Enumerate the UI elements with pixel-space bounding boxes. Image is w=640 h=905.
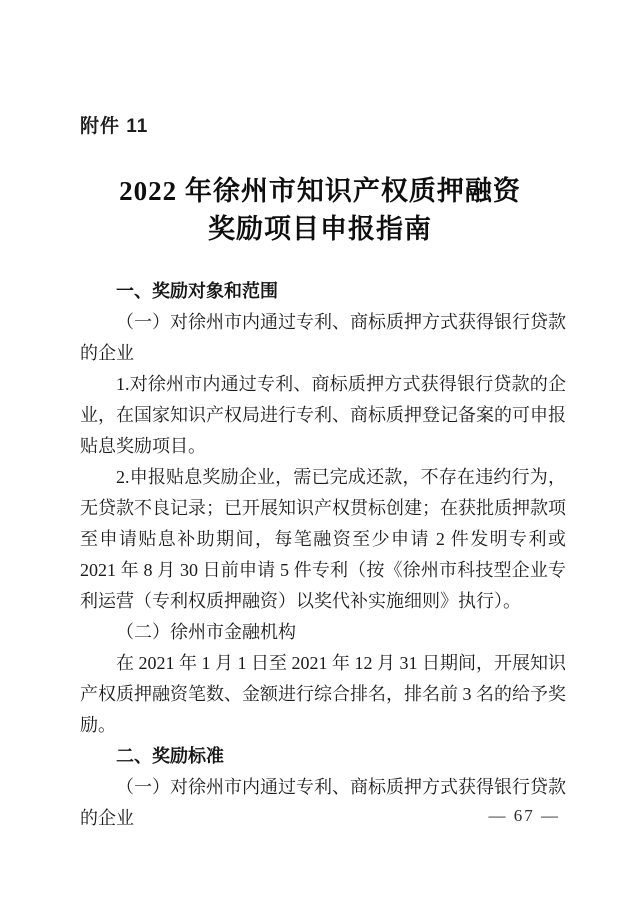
subsection-heading-1-1: （一）对徐州市内通过专利、商标质押方式获得银行贷款的企业 xyxy=(80,307,566,369)
attachment-label: 附件 11 xyxy=(80,111,148,138)
page-number: — 67 — xyxy=(489,806,561,826)
paragraph-1: 1.对徐州市内通过专利、商标质押方式获得银行贷款的企业，在国家知识产权局进行专利… xyxy=(80,369,566,462)
paragraph-3: 在 2021 年 1 月 1 日至 2021 年 12 月 31 日期间，开展知… xyxy=(80,648,566,741)
document-body: 一、奖励对象和范围 （一）对徐州市内通过专利、商标质押方式获得银行贷款的企业 1… xyxy=(80,276,566,834)
document-page: 附件 11 2022 年徐州市知识产权质押融资 奖励项目申报指南 一、奖励对象和… xyxy=(0,0,640,905)
section-heading-1: 一、奖励对象和范围 xyxy=(80,276,566,307)
document-title-line-2: 奖励项目申报指南 xyxy=(0,210,640,248)
section-heading-2: 二、奖励标准 xyxy=(80,741,566,772)
document-title: 2022 年徐州市知识产权质押融资 奖励项目申报指南 xyxy=(0,172,640,248)
subsection-heading-1-2: （二）徐州市金融机构 xyxy=(80,617,566,648)
document-title-line-1: 2022 年徐州市知识产权质押融资 xyxy=(0,172,640,210)
paragraph-2: 2.申报贴息奖励企业，需已完成还款，不存在违约行为，无贷款不良记录；已开展知识产… xyxy=(80,462,566,617)
